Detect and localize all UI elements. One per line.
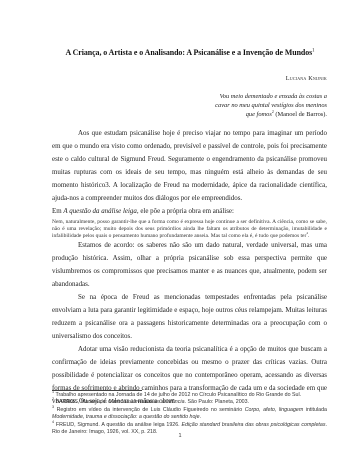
footnotes: 1 Trabalho apresentado na Jornada de 14 … bbox=[52, 392, 327, 436]
footnote-text: Trabalho apresentado na Jornada de 14 de… bbox=[55, 392, 301, 398]
text-span: , ele põe a própria obra em análise: bbox=[137, 207, 234, 215]
work-title: Modernidade, trauma e dissociação: a que… bbox=[52, 414, 200, 420]
epigraph: Vou meio dementado e enxada às costas a … bbox=[167, 92, 327, 119]
epigraph-line: que fomos bbox=[246, 111, 272, 118]
epigraph-line: Vou meio dementado e enxada às costas a bbox=[220, 93, 327, 100]
paragraph: Se na época de Freud as mencionadas temp… bbox=[52, 291, 327, 343]
footnote-text: intitulada bbox=[303, 407, 327, 413]
title-text: A Criança, o Artista e o Analisando: A P… bbox=[65, 48, 312, 57]
block-quote: Nem, naturalmente, posso garantir-lhe qu… bbox=[52, 218, 327, 239]
footnote-ref[interactable]: 1 bbox=[312, 48, 314, 53]
paragraph: Estamos de acordo: os saberes não são um… bbox=[52, 239, 327, 291]
footnote-number: 4 bbox=[52, 420, 54, 424]
footnote-text: FREUD, Sigmund. A questão da análise lei… bbox=[56, 422, 182, 428]
author-name: Luciana Knijnik bbox=[286, 75, 327, 82]
footnote: 2 BARROS, Manoel de. Memórias inventadas… bbox=[52, 399, 327, 406]
epigraph-attribution: (Manoel de Barros). bbox=[274, 111, 327, 118]
text-span: Em bbox=[52, 207, 63, 215]
footnote-number: 1 bbox=[52, 390, 54, 394]
footnote-separator bbox=[52, 390, 142, 391]
page-number: 1 bbox=[0, 433, 360, 439]
text-span: . bbox=[308, 233, 309, 239]
footnote-text: BARROS, Manoel de. bbox=[56, 399, 109, 405]
footnote: 3 Registro em vídeo da intervenção de Lu… bbox=[52, 407, 327, 422]
footnote-text: . bbox=[200, 414, 201, 420]
document-title: A Criança, o Artista e o Analisando: A P… bbox=[40, 48, 340, 57]
footnote-text: . São Paulo: Planeta, 2003. bbox=[185, 399, 250, 405]
work-title: Memórias inventadas: a infância bbox=[109, 399, 185, 405]
paragraph: Em A questão da análise leiga, ele põe a… bbox=[52, 205, 327, 218]
footnote-number: 2 bbox=[52, 398, 54, 402]
body-text: Aos que estudam psicanálise hoje é preci… bbox=[52, 127, 327, 408]
epigraph-line: cavar no meu quintal vestígios dos menin… bbox=[215, 102, 327, 109]
paragraph: Aos que estudam psicanálise hoje é preci… bbox=[52, 127, 327, 205]
work-title: Edição standard brasileira das obras psi… bbox=[181, 422, 325, 428]
footnote-number: 3 bbox=[52, 405, 54, 409]
document-page: A Criança, o Artista e o Analisando: A P… bbox=[0, 0, 360, 466]
work-title: Corpo, afeto, linguagem bbox=[245, 407, 304, 413]
footnote-text: Registro em vídeo da intervenção de Luis… bbox=[57, 407, 245, 413]
quote-text: Nem, naturalmente, posso garantir-lhe qu… bbox=[52, 219, 327, 239]
work-title: A questão da análise leiga bbox=[63, 207, 136, 215]
